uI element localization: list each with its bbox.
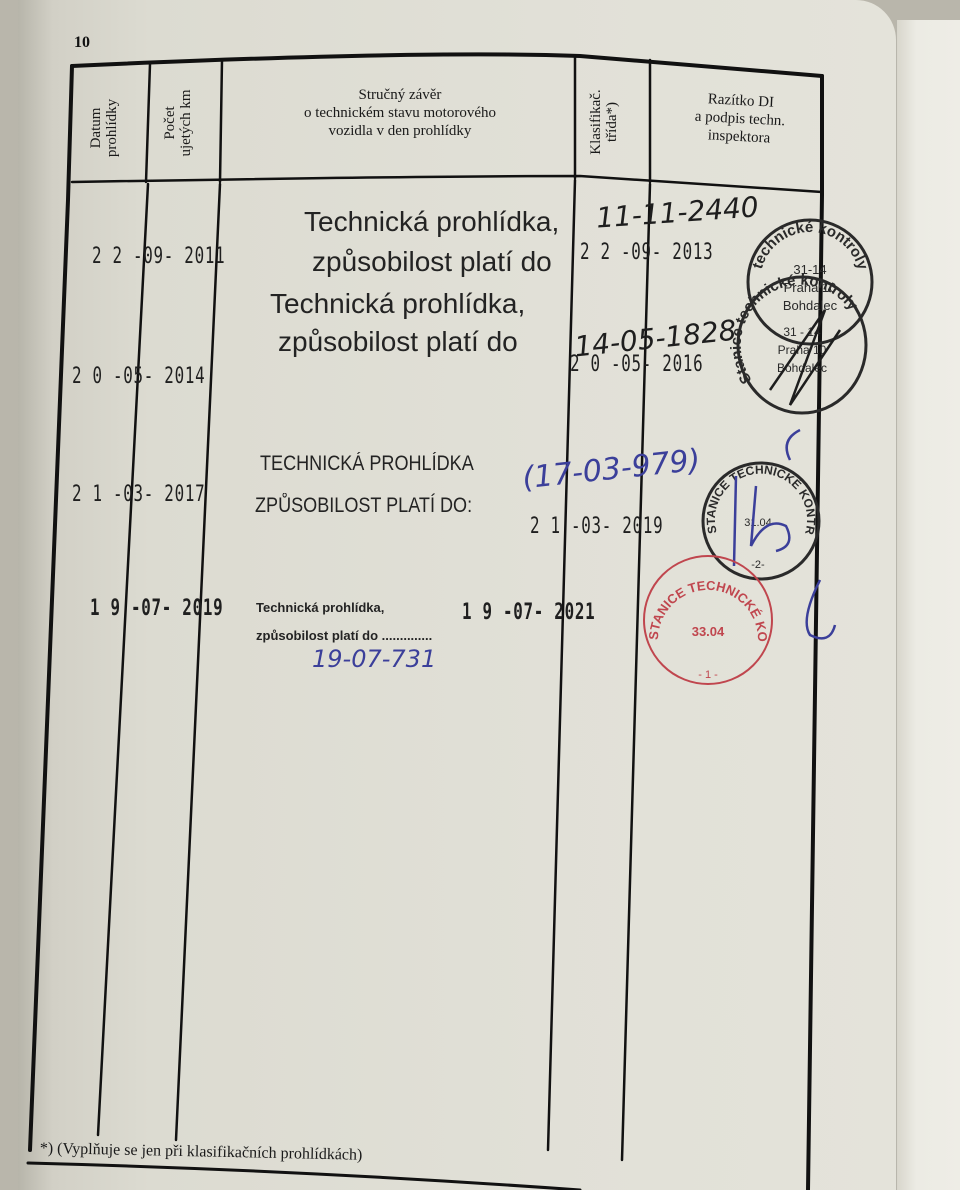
row4-date: 1 9 -07- 2019	[90, 596, 223, 621]
header-conclusion: Stručný závěr o technickém stavu motorov…	[250, 86, 550, 140]
row3-valid-until: 2 1 -03- 2019	[530, 514, 663, 539]
next-page-edge	[896, 20, 960, 1190]
row2-valid-until: 2 0 -05- 2016	[570, 352, 703, 377]
row1-conclusion-line2: způsobilost platí do	[312, 246, 552, 278]
svg-text:33.04: 33.04	[692, 624, 725, 639]
row3-conclusion-line1: TECHNICKÁ PROHLÍDKA	[260, 452, 474, 476]
row4-handwritten-km: 19-07-731	[312, 645, 436, 673]
row4-valid-until: 1 9 -07- 2021	[462, 600, 595, 625]
inspector-signature-icon	[760, 420, 840, 650]
stk-stamp-2-icon: Stanice technické kontroly ČR 31 - 14 Pr…	[730, 270, 870, 420]
svg-text:- 1 -: - 1 -	[698, 669, 718, 681]
header-km-driven: Počet ujetých km	[162, 68, 194, 178]
row4-conclusion-line1: Technická prohlídka,	[256, 600, 384, 615]
row2-date: 2 0 -05- 2014	[72, 364, 205, 389]
row1-conclusion-line1: Technická prohlídka,	[304, 206, 559, 238]
stk-stamp-red-icon: STANICE TECHNICKÉ KONTROLY 33.04 - 1 -	[638, 550, 778, 690]
row2-conclusion-line2: způsobilost platí do	[278, 326, 518, 358]
row3-date: 2 1 -03- 2017	[72, 482, 205, 507]
page-number: 10	[74, 34, 90, 52]
header-inspection-date: Datum prohlídky	[88, 78, 120, 178]
row1-valid-until: 2 2 -09- 2013	[580, 240, 713, 265]
row1-date: 2 2 -09- 2011	[92, 244, 225, 269]
row4-conclusion-line2: způsobilost platí do ..............	[256, 628, 432, 643]
row3-conclusion-line2: ZPŮSOBILOST PLATÍ DO:	[255, 494, 472, 518]
header-stamp-signature: Razítko DI a podpis techn. inspektora	[659, 88, 822, 150]
row2-conclusion-line1: Technická prohlídka,	[270, 288, 525, 320]
header-classification: Klasifikač. třída*)	[588, 72, 620, 172]
